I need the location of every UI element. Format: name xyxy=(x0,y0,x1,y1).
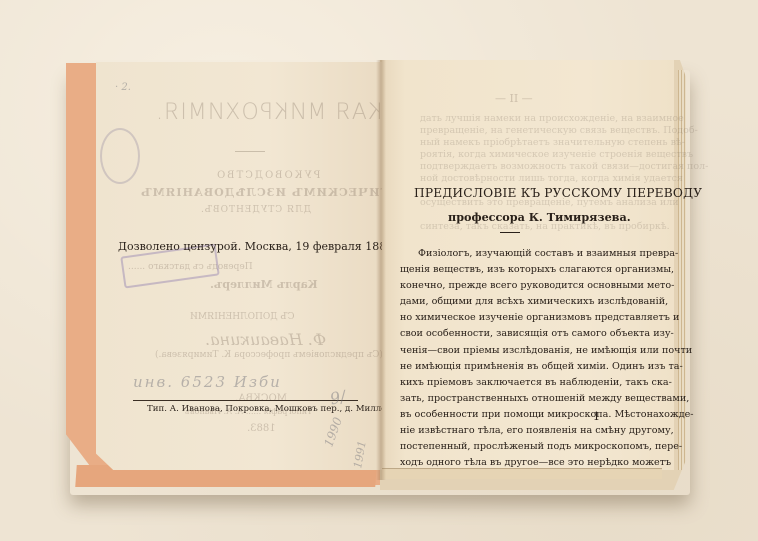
preface-body: Физіологъ, изучающій составъ и взаимныя … xyxy=(400,246,658,471)
bleed-page-marker: — II — xyxy=(495,92,533,105)
bleed-line: ный намекъ пріобрѣтаетъ значительную сте… xyxy=(420,137,685,148)
body-line: зать, пространственныхъ отношеній между … xyxy=(400,391,658,407)
bleed-city: МОСКВА. xyxy=(235,393,287,404)
body-line: свои особенности, зависящія отъ самого о… xyxy=(400,326,658,342)
body-line: щенія веществъ, изъ которыхъ слагаются о… xyxy=(400,262,658,278)
bleed-author: Карлъ Миллеръ. xyxy=(210,278,318,291)
bleed-line: дать лучшія намеки на происхожденіе, на … xyxy=(420,113,684,124)
bleed-preface-note: (Съ предисловіемъ профессора К. Тимирязе… xyxy=(155,350,383,360)
page-number: 1 xyxy=(593,410,600,423)
bleed-with-additions: СЪ ДОПОЛНЕНІЯМИ xyxy=(190,312,294,322)
body-line: ченія—свои пріемы изслѣдованія, не имѣющ… xyxy=(400,343,658,359)
bleed-subtitle-1: РУКОВОДСТВО xyxy=(215,170,320,181)
bleed-line: подтверждаетъ возможность такой связи—до… xyxy=(420,161,708,172)
bleed-line: превращеніе, на генетическую связь вещес… xyxy=(420,125,698,136)
body-line: но химическое изученіе организмовъ предс… xyxy=(400,310,658,326)
preface-heading: ПРЕДИСЛОВІЕ КЪ РУССКОМУ ПЕРЕВОДУ xyxy=(414,186,702,200)
body-line: ніе извѣстнаго тѣла, его появленія на см… xyxy=(400,423,658,439)
bleed-line: роятія, когда химическое изученіе строен… xyxy=(420,149,693,160)
body-line: кихъ пріемовъ заключается въ наблюденіи,… xyxy=(400,375,658,391)
body-line: Физіологъ, изучающій составъ и взаимныя … xyxy=(400,246,658,262)
bleed-subtitle-3: ДЛЯ СТУДЕНТОВЪ. xyxy=(200,205,311,215)
body-line: конечно, прежде всего руководится основн… xyxy=(400,278,658,294)
printer-rule xyxy=(133,400,358,401)
body-line: постепенный, прослѣженый подъ микроскопо… xyxy=(400,439,658,455)
body-line: не имѣющія примѣненія въ общей химіи. Од… xyxy=(400,359,658,375)
book-spine-gutter xyxy=(376,60,386,480)
body-line: дами, общими для всѣхъ химическихъ изслѣ… xyxy=(400,294,658,310)
library-stamp-oval xyxy=(100,128,140,184)
body-line: въ особенности при помощи микроскопа. Мѣ… xyxy=(400,407,658,423)
pencil-inventory-number: инв. 6523 Изби xyxy=(133,373,282,391)
heading-divider xyxy=(500,232,520,233)
printer-imprint: Тип. А. Иванова, Покровка, Мошковъ пер.,… xyxy=(147,404,400,414)
bleed-year: 1883. xyxy=(247,423,276,434)
pencil-mark-top: · 2. xyxy=(115,82,131,93)
pencil-mark-margin-1: 9/ xyxy=(328,387,347,409)
body-line: ходъ одного тѣла въ другое—все это нерѣд… xyxy=(400,455,658,471)
bleed-line: ной достовѣрности лишь тогда, когда химі… xyxy=(420,173,683,184)
preface-author: профессора К. Тимирязева. xyxy=(448,210,631,224)
bleed-rule xyxy=(235,151,265,152)
bleed-translator: Ф. Наваикина. xyxy=(205,330,326,349)
